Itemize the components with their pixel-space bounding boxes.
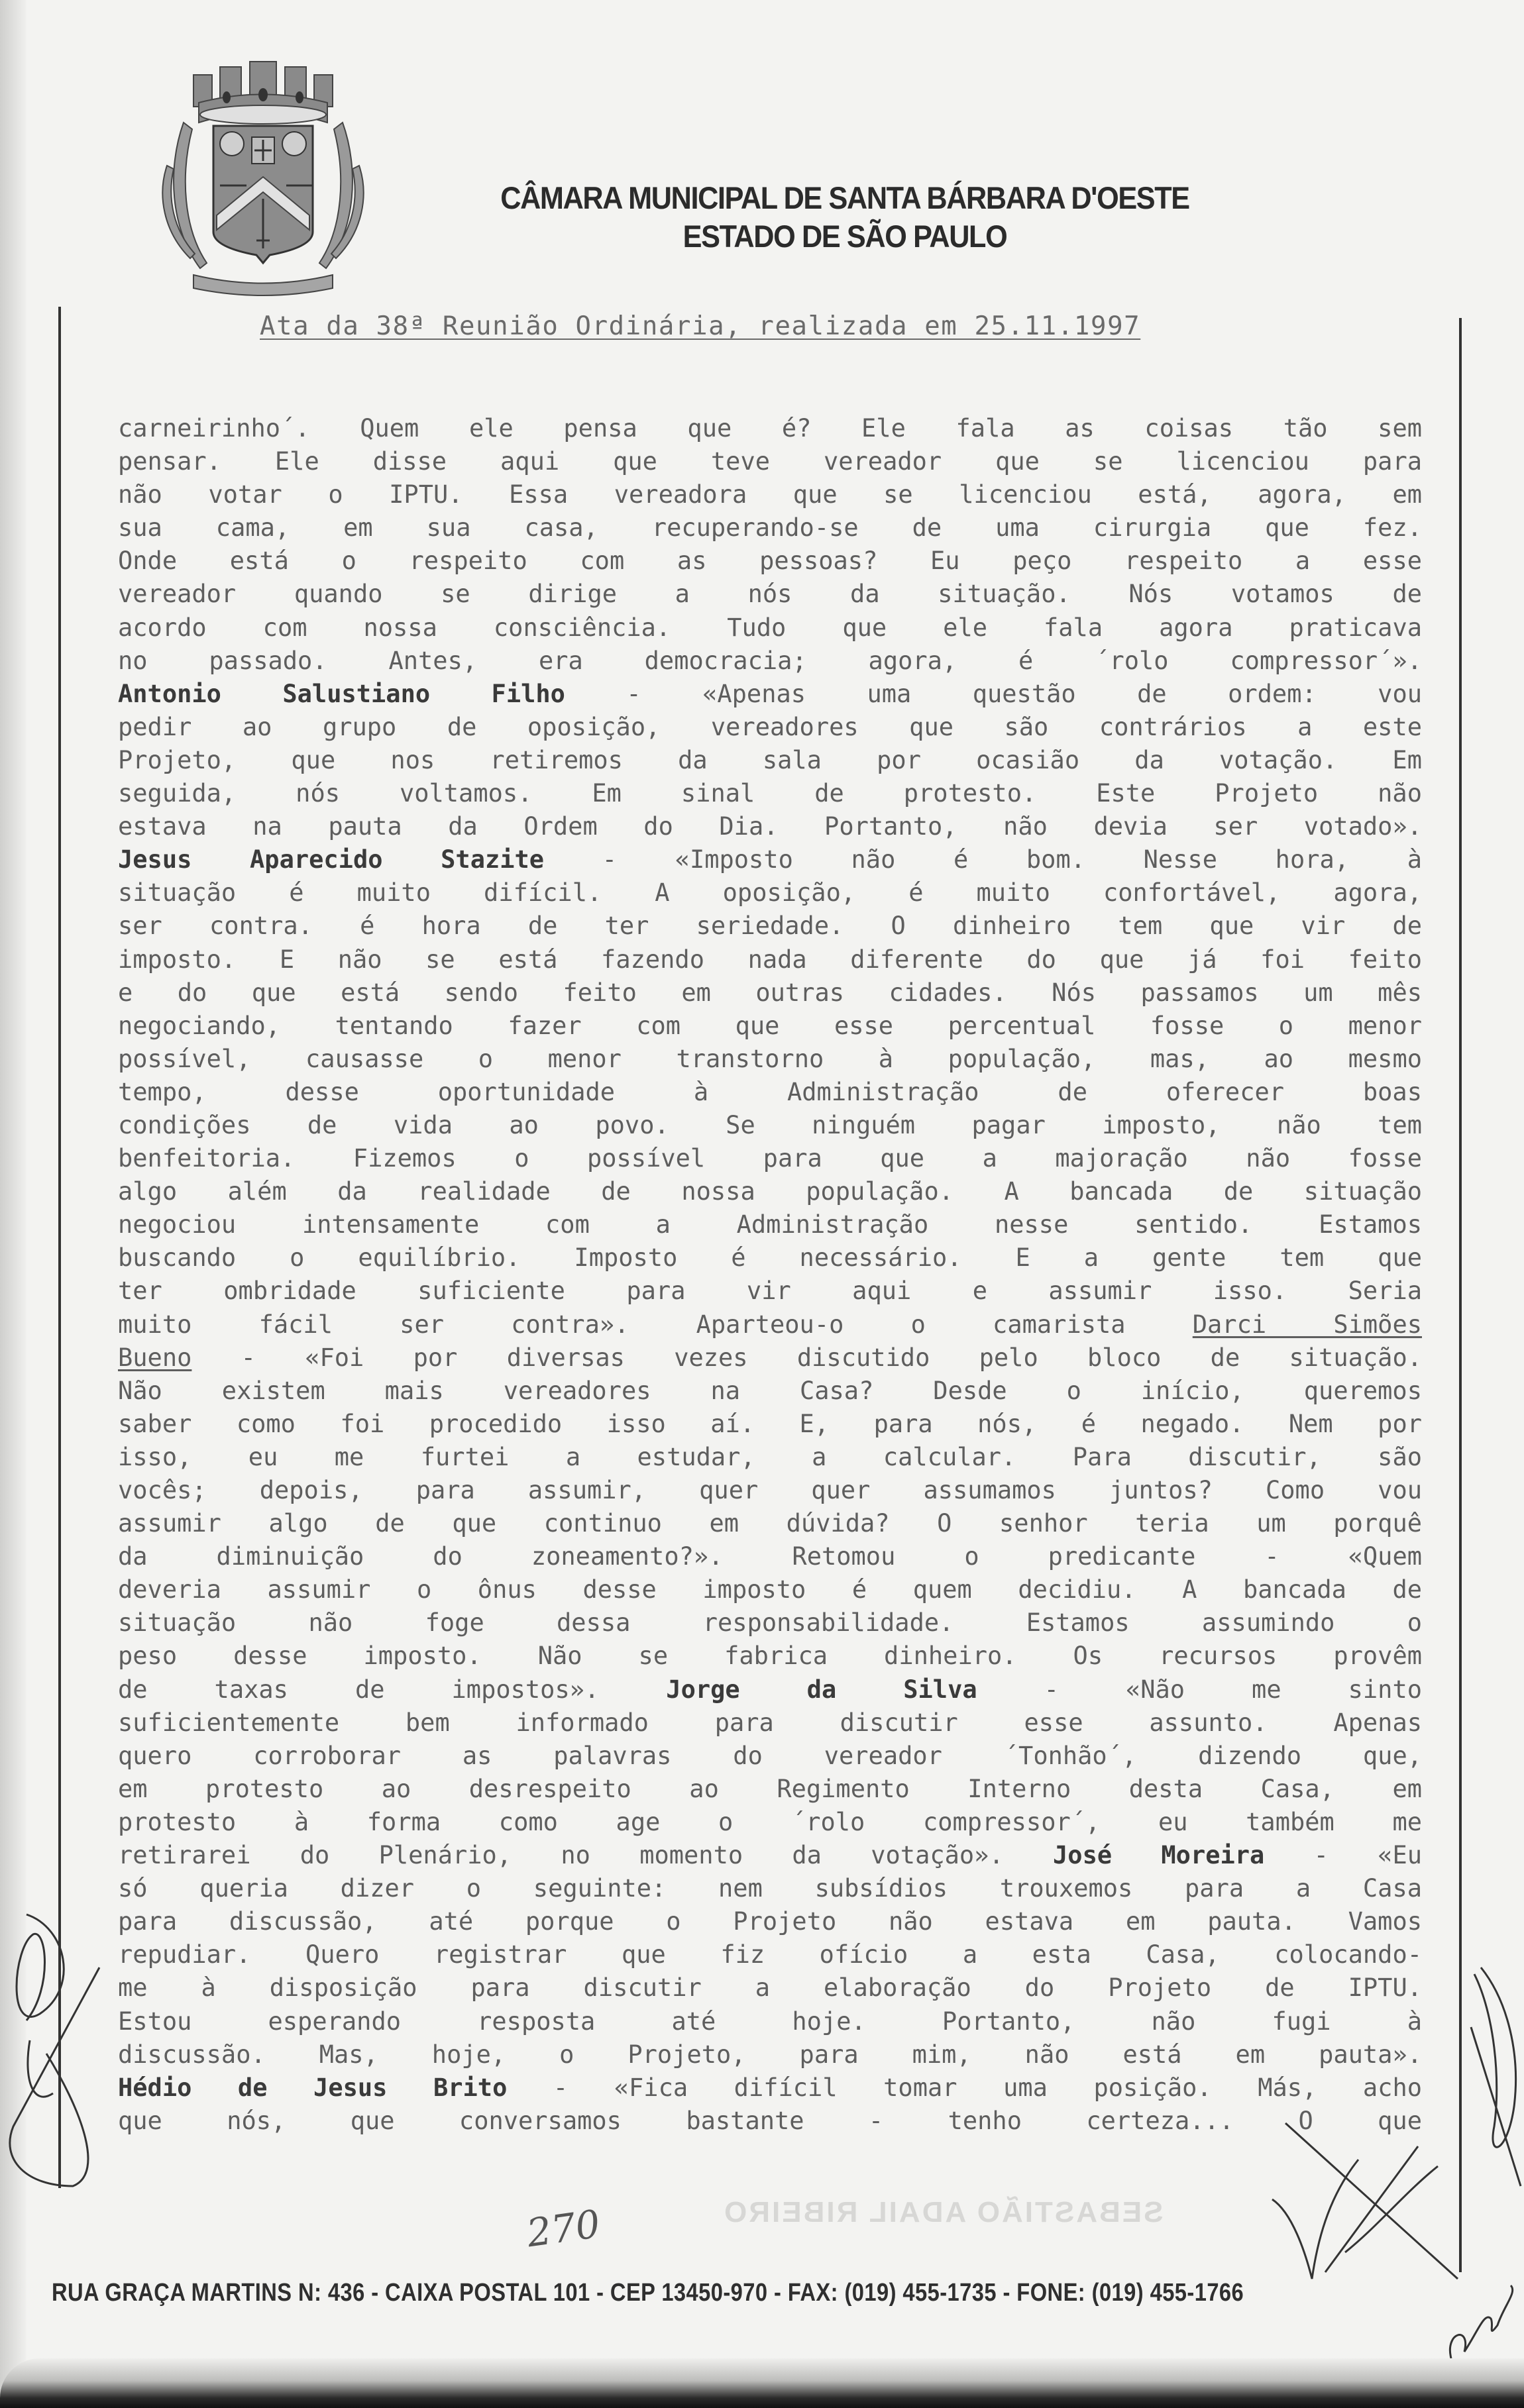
text-segment: da diminuição do zoneamento?». Retomou o… <box>118 1542 1422 1571</box>
text-line: pedir ao grupo de oposição, vereadores q… <box>118 711 1422 744</box>
text-line: imposto. E não se está fazendo nada dife… <box>118 943 1422 976</box>
text-segment: para discussão, até porque o Projeto não… <box>118 1907 1422 1936</box>
text-segment: seguida, nós voltamos. Em sinal de prote… <box>118 779 1422 808</box>
text-line: vereador quando se dirige a nós da situa… <box>118 578 1422 611</box>
text-segment: repudiar. Quero registrar que fiz ofício… <box>118 1940 1422 1969</box>
minutes-body: carneirinho´. Quem ele pensa que é? Ele … <box>118 412 1422 2138</box>
text-segment: - «Imposto não é bom. Nesse hora, à <box>544 845 1422 874</box>
text-segment: negociando, tentando fazer com que esse … <box>118 1012 1422 1040</box>
initials-margin-icon <box>1468 1961 1524 2199</box>
text-segment: saber como foi procedido isso aí. E, par… <box>118 1410 1422 1438</box>
text-segment: Estou esperando resposta até hoje. Porta… <box>118 2007 1422 2036</box>
text-line: sua cama, em sua casa, recuperando-se de… <box>118 511 1422 545</box>
text-segment: discussão. Mas, hoje, o Projeto, para mi… <box>118 2040 1422 2069</box>
text-line: assumir algo de que continuo em dúvida? … <box>118 1507 1422 1540</box>
text-line: quero corroborar as palavras do vereador… <box>118 1740 1422 1773</box>
text-line: situação é muito difícil. A oposição, é … <box>118 876 1422 910</box>
text-line: não votar o IPTU. Essa vereadora que se … <box>118 478 1422 511</box>
text-segment: - «Eu <box>1264 1841 1422 1869</box>
text-line: em protesto ao desrespeito ao Regimento … <box>118 1773 1422 1806</box>
text-segment: sua cama, em sua casa, recuperando-se de… <box>118 513 1422 542</box>
institution-header: CÂMARA MUNICIPAL DE SANTA BÁRBARA D'OEST… <box>409 179 1281 256</box>
text-line: e do que está sendo feito em outras cida… <box>118 976 1422 1010</box>
text-line: Jesus Aparecido Stazite - «Imposto não é… <box>118 843 1422 876</box>
speaker-name-underlined: Darci Simões <box>1193 1310 1422 1339</box>
text-line: para discussão, até porque o Projeto não… <box>118 1905 1422 1938</box>
text-line: pensar. Ele disse aqui que teve vereador… <box>118 445 1422 478</box>
text-line: tempo, desse oportunidade à Administraçã… <box>118 1076 1422 1109</box>
speaker-name-underlined: Bueno <box>118 1343 191 1372</box>
text-segment: em protesto ao desrespeito ao Regimento … <box>118 1775 1422 1803</box>
institution-name: CÂMARA MUNICIPAL DE SANTA BÁRBARA D'OEST… <box>409 179 1281 217</box>
text-line: Bueno - «Foi por diversas vezes discutid… <box>118 1341 1422 1375</box>
text-segment: deveria assumir o ônus desse imposto é q… <box>118 1575 1422 1604</box>
text-line: Hédio de Jesus Brito - «Fica difícil tom… <box>118 2071 1422 2105</box>
text-segment: - «Não me sinto <box>977 1675 1422 1704</box>
text-segment: possível, causasse o menor transtorno à … <box>118 1045 1422 1073</box>
text-line: Antonio Salustiano Filho - «Apenas uma q… <box>118 678 1422 711</box>
speaker-name: José Moreira <box>1053 1841 1264 1869</box>
text-line: condições de vida ao povo. Se ninguém pa… <box>118 1109 1422 1142</box>
text-segment: isso, eu me furtei a estudar, a calcular… <box>118 1443 1422 1471</box>
text-line: Projeto, que nos retiremos da sala por o… <box>118 744 1422 777</box>
text-segment: não votar o IPTU. Essa vereadora que se … <box>118 480 1422 509</box>
text-line: negociando, tentando fazer com que esse … <box>118 1010 1422 1043</box>
text-line: discussão. Mas, hoje, o Projeto, para mi… <box>118 2038 1422 2071</box>
text-segment: estava na pauta da Ordem do Dia. Portant… <box>118 812 1422 841</box>
text-segment: situação não foge dessa responsabilidade… <box>118 1608 1422 1637</box>
text-line: seguida, nós voltamos. Em sinal de prote… <box>118 777 1422 810</box>
text-line: só queria dizer o seguinte: nem subsídio… <box>118 1872 1422 1905</box>
text-segment: acordo com nossa consciência. Tudo que e… <box>118 613 1422 642</box>
text-line: Onde está o respeito com as pessoas? Eu … <box>118 545 1422 578</box>
text-line: ser contra. é hora de ter seriedade. O d… <box>118 910 1422 943</box>
text-segment: só queria dizer o seguinte: nem subsídio… <box>118 1874 1422 1903</box>
speaker-name: Jesus Aparecido Stazite <box>118 845 544 874</box>
coat-of-arms-icon <box>154 56 392 301</box>
text-segment: de taxas de impostos». <box>118 1675 666 1704</box>
signature-right-icon <box>1246 2120 1464 2292</box>
stamp-bleed-through: SEBASTIÃO ADAIL RIBEIRO <box>722 2196 1164 2229</box>
handwritten-page-number: 270 <box>524 2201 603 2256</box>
text-segment: tempo, desse oportunidade à Administraçã… <box>118 1078 1422 1106</box>
text-line: muito fácil ser contra». Aparteou-o o ca… <box>118 1308 1422 1341</box>
text-segment: negociou intensamente com a Administraçã… <box>118 1210 1422 1239</box>
text-segment: peso desse imposto. Não se fabrica dinhe… <box>118 1642 1422 1670</box>
margin-rule-left <box>58 307 61 2188</box>
text-line: acordo com nossa consciência. Tudo que e… <box>118 611 1422 645</box>
text-line: possível, causasse o menor transtorno à … <box>118 1043 1422 1076</box>
text-segment: - «Fica difícil tomar uma posição. Más, … <box>507 2073 1422 2102</box>
text-segment: Onde está o respeito com as pessoas? Eu … <box>118 547 1422 575</box>
text-line: Estou esperando resposta até hoje. Porta… <box>118 2005 1422 2038</box>
text-line: da diminuição do zoneamento?». Retomou o… <box>118 1540 1422 1573</box>
text-line: carneirinho´. Quem ele pensa que é? Ele … <box>118 412 1422 445</box>
text-line: estava na pauta da Ordem do Dia. Portant… <box>118 810 1422 843</box>
page-edge-shadow-left <box>0 0 27 2408</box>
text-segment: ser contra. é hora de ter seriedade. O d… <box>118 912 1422 940</box>
text-line: repudiar. Quero registrar que fiz ofício… <box>118 1938 1422 1971</box>
footer-address: RUA GRAÇA MARTINS N: 436 - CAIXA POSTAL … <box>52 2279 1271 2307</box>
text-line: deveria assumir o ônus desse imposto é q… <box>118 1573 1422 1606</box>
text-line: protesto à forma como age o ´rolo compre… <box>118 1806 1422 1839</box>
text-line: benfeitoria. Fizemos o possível para que… <box>118 1142 1422 1175</box>
text-segment: situação é muito difícil. A oposição, é … <box>118 878 1422 907</box>
text-line: situação não foge dessa responsabilidade… <box>118 1606 1422 1640</box>
text-segment: quero corroborar as palavras do vereador… <box>118 1742 1422 1770</box>
text-segment: me à disposição para discutir a elaboraç… <box>118 1973 1422 2002</box>
initials-footer-icon <box>1444 2279 1524 2365</box>
text-line: ter ombridade suficiente para vir aqui e… <box>118 1275 1422 1308</box>
speaker-name: Hédio de Jesus Brito <box>118 2073 507 2102</box>
text-line: vocês; depois, para assumir, quer quer a… <box>118 1474 1422 1507</box>
text-segment: pensar. Ele disse aqui que teve vereador… <box>118 447 1422 476</box>
text-line: suficientemente bem informado para discu… <box>118 1706 1422 1740</box>
speaker-name: Antonio Salustiano Filho <box>118 680 565 708</box>
text-line: no passado. Antes, era democracia; agora… <box>118 645 1422 678</box>
text-line: isso, eu me furtei a estudar, a calcular… <box>118 1441 1422 1474</box>
text-line: peso desse imposto. Não se fabrica dinhe… <box>118 1640 1422 1673</box>
page-edge-shadow-bottom <box>0 2358 1524 2408</box>
text-line: que nós, que conversamos bastante - tenh… <box>118 2105 1422 2138</box>
minutes-title: Ata da 38ª Reunião Ordinária, realizada … <box>260 311 1327 341</box>
text-segment: vocês; depois, para assumir, quer quer a… <box>118 1476 1422 1504</box>
text-segment: imposto. E não se está fazendo nada dife… <box>118 945 1422 974</box>
text-segment: ter ombridade suficiente para vir aqui e… <box>118 1277 1422 1305</box>
text-segment: que nós, que conversamos bastante - tenh… <box>118 2107 1422 2135</box>
text-segment: Projeto, que nos retiremos da sala por o… <box>118 746 1422 774</box>
text-segment: no passado. Antes, era democracia; agora… <box>118 647 1422 675</box>
text-line: algo além da realidade de nossa populaçã… <box>118 1175 1422 1208</box>
text-segment: buscando o equilíbrio. Imposto é necessá… <box>118 1243 1422 1272</box>
text-segment: vereador quando se dirige a nós da situa… <box>118 580 1422 608</box>
text-segment: - «Apenas uma questão de ordem: vou <box>565 680 1422 708</box>
state-name: ESTADO DE SÃO PAULO <box>409 217 1281 256</box>
text-segment: - «Foi por diversas vezes discutido pelo… <box>191 1343 1422 1372</box>
margin-rule-right <box>1459 318 1462 2272</box>
text-segment: assumir algo de que continuo em dúvida? … <box>118 1509 1422 1538</box>
text-segment: e do que está sendo feito em outras cida… <box>118 978 1422 1007</box>
text-line: Não existem mais vereadores na Casa? Des… <box>118 1375 1422 1408</box>
text-segment: Não existem mais vereadores na Casa? Des… <box>118 1377 1422 1405</box>
text-line: buscando o equilíbrio. Imposto é necessá… <box>118 1241 1422 1275</box>
text-line: de taxas de impostos». Jorge da Silva - … <box>118 1673 1422 1706</box>
text-segment: suficientemente bem informado para discu… <box>118 1708 1422 1737</box>
text-segment: muito fácil ser contra». Aparteou-o o ca… <box>118 1310 1193 1339</box>
text-segment: protesto à forma como age o ´rolo compre… <box>118 1808 1422 1836</box>
speaker-name: Jorge da Silva <box>666 1675 977 1704</box>
text-line: me à disposição para discutir a elaboraç… <box>118 1971 1422 2005</box>
text-line: retirarei do Plenário, no momento da vot… <box>118 1839 1422 1872</box>
text-segment: benfeitoria. Fizemos o possível para que… <box>118 1144 1422 1173</box>
text-line: negociou intensamente com a Administraçã… <box>118 1208 1422 1241</box>
text-segment: retirarei do Plenário, no momento da vot… <box>118 1841 1053 1869</box>
text-segment: pedir ao grupo de oposição, vereadores q… <box>118 713 1422 741</box>
text-segment: algo além da realidade de nossa populaçã… <box>118 1177 1422 1206</box>
text-segment: carneirinho´. Quem ele pensa que é? Ele … <box>118 414 1422 443</box>
text-segment: condições de vida ao povo. Se ninguém pa… <box>118 1111 1422 1139</box>
text-line: saber como foi procedido isso aí. E, par… <box>118 1408 1422 1441</box>
